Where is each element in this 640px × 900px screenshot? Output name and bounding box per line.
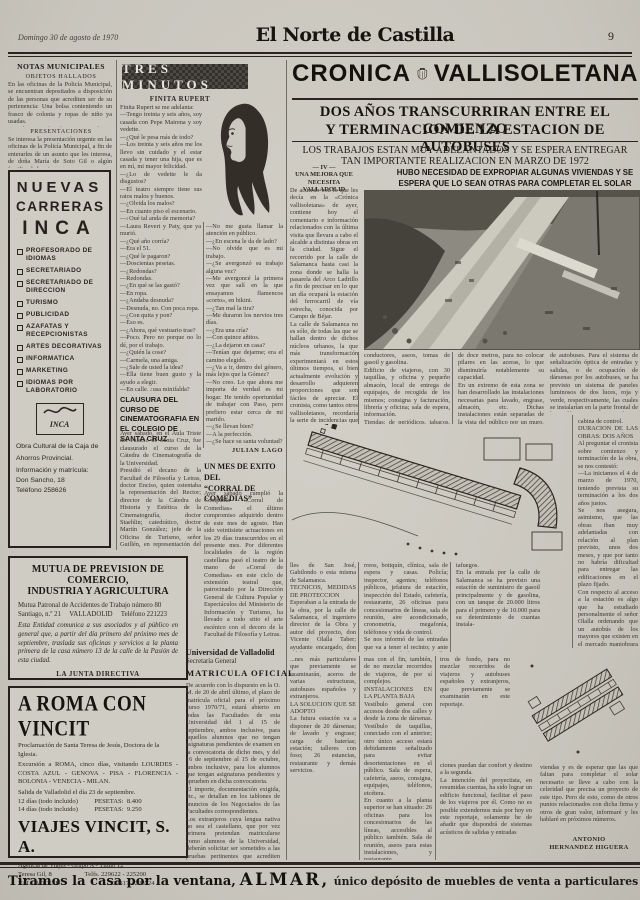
list-item: AZAFATAS Y RECEPCIONISTAS (16, 323, 103, 339)
interview-col-1: Finita Rupert se me adelanta: —Tengo tre… (120, 104, 202, 220)
edition-date: Domingo 30 de agosto de 1970 (18, 33, 118, 42)
almar-banner: Tiramos la casa por la ventana, ALMAR, ú… (8, 870, 636, 890)
inca-word-1: NUEVAS (16, 179, 103, 196)
almar-suffix: único depósito de muebles de venta a par… (334, 875, 640, 888)
inca-word-2: CARRERAS (16, 199, 103, 214)
notas-title: NOTAS MUNICIPALES (8, 62, 114, 71)
article-col-e: cabina de control. DURACION DE LAS OBRAS… (578, 418, 638, 648)
almar-prefix: Tiramos la casa por la ventana, (8, 874, 236, 889)
mutua-title-2: INDUSTRIA Y AGRICULTURA (18, 586, 178, 597)
column-rule (435, 656, 436, 860)
tres-minutos-header: TRES MINUTOS (122, 64, 248, 89)
universidad-title: Universidad de Valladolid (186, 648, 296, 657)
article-col-h: tafuegos. En la entrada por la calle de … (456, 562, 540, 652)
article-col-k: tros de fondo, para no mezclar recorrido… (440, 656, 510, 756)
inca-info: Información y matrícula: (16, 467, 103, 474)
cronica-title-right: VALLISOLETANA (434, 60, 638, 88)
list-item: SECRETARIADO DE DIRECCION (16, 279, 103, 295)
article-col-c: de doce metros, para no colocar pilares … (458, 352, 544, 424)
header-rule-thick (8, 52, 632, 54)
cronica-title-left: CRONICA (292, 60, 411, 88)
inca-word-3: INCA (16, 218, 103, 240)
mutua-body: Esta Entidad comunica a sus asociados y … (18, 622, 178, 666)
header-rule-thin (8, 56, 632, 57)
inca-address: Don Sancho, 18 (16, 477, 103, 484)
mutua-ad: MUTUA DE PREVISION DE COMERCIO, INDUSTRI… (8, 556, 188, 680)
column-rule (116, 60, 117, 550)
article-col-g: rreos, botiquín, clínica, sala de espera… (364, 562, 448, 652)
article-col-b: conductores, aseos, tomas de gasoil y ga… (364, 352, 450, 424)
article-col-i: ...nes más particulares que previamente … (290, 656, 356, 860)
roma-line-3: Salida de Valladolid el día 23 de septie… (18, 789, 178, 796)
list-item: PUBLICIDAD (16, 311, 103, 319)
banner-rule-thick (0, 862, 640, 865)
newspaper-page: Domingo 30 de agosto de 1970 El Norte de… (0, 0, 640, 900)
inca-logo: INCA (36, 403, 84, 435)
deck-line-1: LOS TRABAJOS ESTAN MUY ADELANTADOS Y SE … (292, 145, 638, 156)
list-item: INFORMATICA (16, 355, 103, 363)
interview-byline: JULIAN LAGO (206, 447, 283, 454)
article-col-j: mas con el fin, también, de no mezclar r… (364, 656, 432, 860)
roma-line-1: Proclamación de Santa Teresa de Jesús, D… (18, 742, 178, 759)
list-item: ARTES DECORATIVAS (16, 343, 103, 351)
mutua-title-1: MUTUA DE PREVISION DE COMERCIO, (18, 564, 178, 586)
article-col-d: de autobuses. Para el sistema de señaliz… (550, 352, 638, 412)
list-item: TURISMO (16, 299, 103, 307)
mutua-signoff: LA JUNTA DIRECTIVA (18, 670, 178, 678)
roma-price-1: 12 días (todo incluido) PESETAS: 8.400 (18, 798, 178, 805)
almar-brand: ALMAR, (240, 870, 330, 889)
column-rule (452, 352, 453, 424)
notas-objetos-body: En las oficinas de la Policía Municipal,… (8, 81, 112, 127)
woman-portrait-illustration (204, 98, 284, 220)
list-item: PROFESORADO DE IDIOMAS (16, 247, 103, 263)
inca-squiggle-icon (42, 405, 78, 417)
article-col-k2: ciones puedan dar confort y destino a la… (440, 762, 532, 860)
notas-objetos-title: OBJETOS HALLADOS (8, 73, 114, 80)
column-rule (203, 222, 204, 448)
notas-presentaciones-title: PRESENTACIONES (8, 128, 114, 135)
interview-col-3: —No me gusta llamar la atención en públi… (206, 223, 283, 445)
roma-ad: A ROMA CON VINCIT Proclamación de Santa … (8, 686, 188, 858)
station-floor-plan-drawing (288, 424, 574, 560)
column-rule (358, 562, 359, 652)
city-crest-icon (417, 62, 428, 86)
secondary-plan-drawing (518, 652, 638, 760)
universidad-subtitle: Secretaría General (186, 658, 296, 665)
list-item: MARKETING (16, 367, 103, 375)
article-col-a: De acuerdo con lo que les decía en la «C… (290, 187, 358, 423)
universidad-heading: MATRICULA OFICIAL (186, 668, 296, 678)
article-col-f: lles de San José, Gabilondo o esta misma… (290, 562, 356, 652)
inca-org: Obra Cultural de la Caja de Ahorros Prov… (16, 441, 103, 464)
inca-ad: NUEVAS CARRERAS INCA PROFESORADO DE IDIO… (8, 170, 111, 548)
article-col-l: viendas y es de esperar que las que falt… (540, 764, 638, 836)
roma-price-2: 14 días (todo incluido) PESETAS: 9.250 (18, 806, 178, 813)
page-number: 9 (608, 29, 614, 44)
list-item: SECRETARIADO (16, 267, 103, 275)
roma-line-2: Excursión a ROMA, cinco días, visitando … (18, 761, 178, 787)
roma-title: A ROMA CON VINCIT (18, 692, 178, 743)
column-rule (358, 352, 359, 424)
interview-col-2: —Laura Revert y Paty, que ya murió. —¿Qu… (120, 223, 201, 391)
mutua-line-1: Mutua Patronal de Accidentes de Trabajo … (18, 602, 178, 609)
masthead: El Norte de Castilla (225, 24, 485, 46)
construction-site-photo (364, 190, 640, 350)
roma-agency: VIAJES VINCIT, S. A. (18, 817, 178, 857)
column-rule (286, 60, 287, 860)
banner-rule-thin (0, 867, 640, 868)
series-number: — IV — (290, 164, 358, 171)
article-byline: ANTONIO HERNANDEZ HIGUERA (540, 836, 638, 853)
mutua-line-2: Santiago, n.º 21 VALLADOLID Teléfono 221… (18, 611, 178, 618)
inca-phone: Teléfono 258626 (16, 487, 103, 494)
cronica-title-row: CRONICA VALLISOLETANA (292, 60, 638, 88)
headline-rule (292, 141, 638, 142)
clausura-body: Ayer sábado, en el Aula Triste del Palac… (120, 430, 201, 548)
title-rule (292, 98, 638, 100)
inca-course-list: PROFESORADO DE IDIOMAS SECRETARIADO SECR… (16, 247, 103, 395)
notas-presentaciones-body: Se interesa la presentación urgente en l… (8, 136, 112, 168)
corral-body: Ayer sábado cumplió la Compañía «Corral … (204, 490, 283, 642)
universidad-body: De acuerdo con lo dispuesto en la O. M. … (186, 682, 280, 860)
column-rule (450, 562, 451, 652)
column-rule (359, 656, 360, 860)
list-item: IDIOMAS POR LABORATORIO (16, 379, 103, 395)
inca-logo-text: INCA (37, 420, 83, 429)
